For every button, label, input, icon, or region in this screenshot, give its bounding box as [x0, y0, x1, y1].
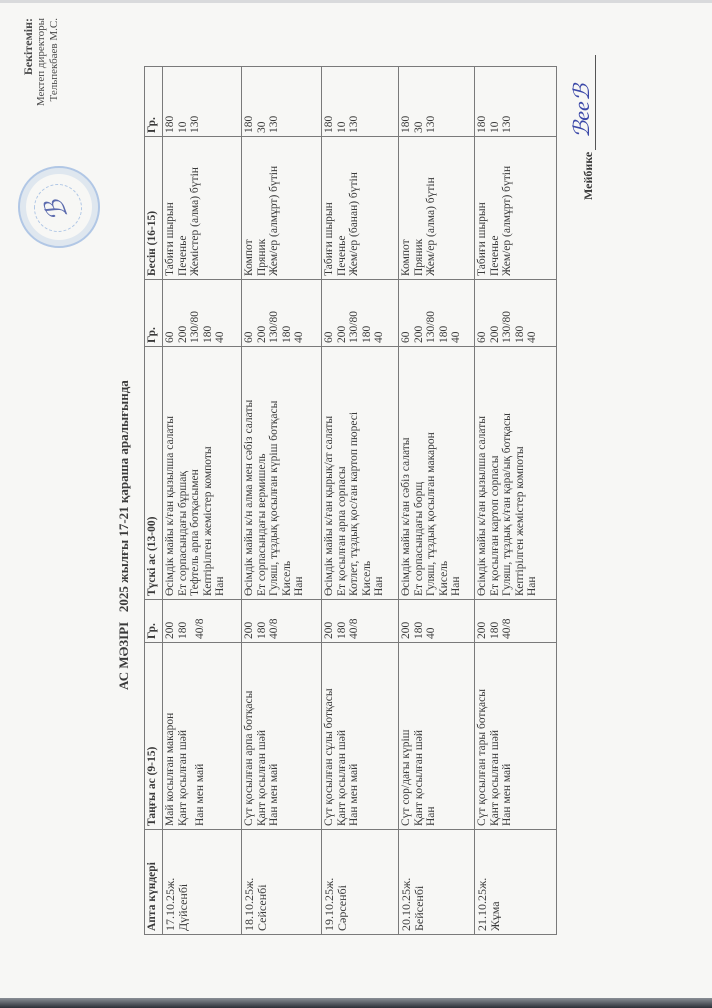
snack-grams-cell-item: 10: [177, 70, 190, 133]
approval-block: Бекітемін: Мектеп директоры Тельпекбаев …: [22, 18, 61, 128]
lunch-cell-item: Нан: [450, 350, 463, 596]
breakfast-cell-item: Қант қосылған шәй: [413, 646, 426, 826]
breakfast-grams-cell-item: 200: [476, 603, 489, 639]
lunch-cell-item: Өсімдік майы к/ған сәбіз салаты: [400, 350, 413, 596]
breakfast-cell-item: Нан: [425, 646, 438, 826]
snack-cell: КомпотПряникЖем/ер (алма) бүтін: [399, 137, 475, 280]
page-title: АС МӘЗІРІ 2025 жылғы 17-21 қараша аралығ…: [116, 290, 132, 690]
breakfast-grams-cell-item: 200: [400, 603, 413, 639]
lunch-cell-item: Нан: [214, 350, 227, 596]
lunch-cell-item: Кептірілген жемістер компоты: [202, 350, 215, 596]
snack-cell: КомпотПряникЖем/ер (алмұрт) бүтін: [242, 137, 322, 280]
header-snack: Бесін (16-15): [145, 137, 163, 280]
snack-cell-item: Жемістер (алма) бүтін: [189, 140, 202, 276]
breakfast-grams-cell-item: 40: [425, 603, 438, 639]
day-name: Сәрсенбі: [336, 833, 349, 931]
lunch-cell: Өсімдік майы к/ған сәбіз салатыЕт сорпас…: [399, 347, 475, 600]
lunch-cell-item: Ет сорпасындағы борщ: [413, 350, 426, 596]
lunch-grams-cell-item: 130/80: [425, 283, 438, 343]
weekday-cell: 18.10.25ж.Сейсенбі: [242, 830, 322, 935]
snack-grams-cell-item: 180: [323, 70, 336, 133]
lunch-grams-cell: 60200130/8018040: [399, 280, 475, 347]
lunch-grams-cell-item: 180: [281, 283, 294, 343]
snack-cell-item: Печенье: [489, 140, 502, 276]
lunch-cell-item: Гуляш, тұздық қосылған күріш ботқасы: [268, 350, 281, 596]
breakfast-grams-cell: 20018040/8: [475, 600, 557, 643]
snack-cell-item: Жем/ер (банан) бүтін: [348, 140, 361, 276]
snack-grams-cell-item: 180: [164, 70, 177, 133]
snack-grams-cell-item: 180: [476, 70, 489, 133]
table-row: 17.10.25ж.ДүйсенбіМай косылған макаронҚа…: [163, 67, 242, 935]
lunch-grams-cell-item: 180: [202, 283, 215, 343]
table-row: 21.10.25ж.ЖұмаСүт қосылған тары ботқасыҚ…: [475, 67, 557, 935]
day-name: Жұма: [489, 833, 502, 931]
approval-name: Тельпекбаев М.С.: [48, 18, 61, 128]
nurse-signature: ℬeeℬ: [569, 84, 595, 138]
lunch-grams-cell-item: 130/80: [501, 283, 514, 343]
nurse-label: Мейбике: [581, 152, 596, 200]
table-row: 20.10.25ж.БейсенбіСүт сор/дағы күрішҚант…: [399, 67, 475, 935]
lunch-grams-cell-item: 40: [450, 283, 463, 343]
snack-grams-cell-item: 10: [336, 70, 349, 133]
lunch-grams-cell-item: 40: [293, 283, 306, 343]
snack-grams-cell: 18010130: [163, 67, 242, 137]
day-name: Бейсенбі: [413, 833, 426, 931]
breakfast-grams-cell: 20018040/8: [322, 600, 399, 643]
lunch-grams-cell-item: 200: [177, 283, 190, 343]
lunch-grams-cell: 60200130/8018040: [242, 280, 322, 347]
breakfast-grams-cell: 20018040: [399, 600, 475, 643]
snack-cell-item: Табиғи шырын: [164, 140, 177, 276]
lunch-cell-item: Кисель: [438, 350, 451, 596]
breakfast-grams-cell-item: 40/8: [268, 603, 281, 639]
lunch-grams-cell-item: 60: [476, 283, 489, 343]
breakfast-grams-cell-item: 180: [256, 603, 269, 639]
lunch-cell-item: Ет сорпасындағы бұршақ: [177, 350, 190, 596]
breakfast-grams-cell-item: 200: [243, 603, 256, 639]
weekday-cell: 17.10.25ж.Дүйсенбі: [163, 830, 242, 935]
menu-document-page: Бекітемін: Мектеп директоры Тельпекбаев …: [0, 0, 712, 1008]
day-date: 17.10.25ж.: [164, 833, 177, 931]
snack-cell-item: Жем/ер (алма) бүтін: [425, 140, 438, 276]
snack-grams-cell: 18030130: [242, 67, 322, 137]
breakfast-grams-cell-item: 180: [336, 603, 349, 639]
lunch-cell: Өсімдік майы к/ған қырық/ат салатыЕт қос…: [322, 347, 399, 600]
approval-heading: Бекітемін:: [22, 18, 35, 128]
breakfast-cell-item: Қант қосылған шәй: [489, 646, 502, 826]
snack-grams-cell: 18010130: [322, 67, 399, 137]
snack-grams-cell-item: 130: [189, 70, 202, 133]
breakfast-cell-item: Май косылған макарон: [164, 646, 177, 826]
breakfast-cell-item: Сүт қосылған тары ботқасы: [476, 646, 489, 826]
snack-grams-cell-item: 30: [256, 70, 269, 133]
lunch-grams-cell-item: 180: [438, 283, 451, 343]
lunch-grams-cell-item: 200: [336, 283, 349, 343]
breakfast-grams-cell-item: 180: [489, 603, 502, 639]
snack-grams-cell-item: 130: [425, 70, 438, 133]
scanner-edge-bar: [0, 998, 712, 1008]
breakfast-cell-item: Қант қосылған шәй: [336, 646, 349, 826]
breakfast-grams-cell-item: 200: [323, 603, 336, 639]
lunch-cell-item: Ет сорпасындағы вермишель: [256, 350, 269, 596]
header-lunch-grams: Гр.: [145, 280, 163, 347]
header-snack-grams: Гр.: [145, 67, 163, 137]
approval-position: Мектеп директоры: [35, 18, 48, 128]
breakfast-cell-item: Нан мен май: [501, 646, 514, 826]
breakfast-cell-item: Сүт сор/дағы күріш: [400, 646, 413, 826]
weekly-menu-table: Апта күндері Таңғы ас (9-15) Гр. Түскі а…: [144, 66, 557, 935]
snack-grams-cell-item: 130: [348, 70, 361, 133]
lunch-grams-cell: 60200130/8018040: [475, 280, 557, 347]
snack-cell-item: Пряник: [413, 140, 426, 276]
lunch-cell-item: Тефтель арпа ботқасымен: [189, 350, 202, 596]
snack-grams-cell: 18010130: [475, 67, 557, 137]
breakfast-grams-cell: 20018040/8: [242, 600, 322, 643]
breakfast-grams-cell-item: 180: [413, 603, 426, 639]
signature-line: [595, 55, 596, 150]
lunch-grams-cell: 60200130/8018040: [322, 280, 399, 347]
snack-cell-item: Табиғи шырын: [323, 140, 336, 276]
snack-grams-cell-item: 10: [489, 70, 502, 133]
lunch-grams-cell-item: 40: [373, 283, 386, 343]
lunch-cell-item: Нан: [373, 350, 386, 596]
breakfast-grams-cell: 20018040/8: [163, 600, 242, 643]
official-stamp-icon: ℬ: [18, 166, 100, 248]
lunch-cell-item: Өсімдік майы к/ған қызылша салаты: [164, 350, 177, 596]
table-row: 19.10.25ж.СәрсенбіСүт қосылған сұлы ботқ…: [322, 67, 399, 935]
snack-cell-item: Жем/ер (алмұрт) бүтін: [268, 140, 281, 276]
snack-cell-item: Пряник: [256, 140, 269, 276]
lunch-grams-cell-item: 200: [489, 283, 502, 343]
lunch-cell-item: Гуляш, тұздық қосылған макарон: [425, 350, 438, 596]
snack-cell-item: Жем/ер (алмұрт) бүтін: [501, 140, 514, 276]
lunch-cell-item: Өсімдік майы к/н алма мен сәбіз салаты: [243, 350, 256, 596]
table-header-row: Апта күндері Таңғы ас (9-15) Гр. Түскі а…: [145, 67, 163, 935]
lunch-grams-cell-item: 130/80: [348, 283, 361, 343]
snack-grams-cell-item: 180: [400, 70, 413, 133]
breakfast-cell: Сүт сор/дағы күрішҚант қосылған шәйНан: [399, 643, 475, 830]
lunch-grams-cell-item: 40: [526, 283, 539, 343]
breakfast-cell: Сүт қосылған арпа ботқасыҚант қосылған ш…: [242, 643, 322, 830]
lunch-grams-cell-item: 180: [514, 283, 527, 343]
lunch-grams-cell-item: 200: [256, 283, 269, 343]
day-date: 21.10.25ж.: [476, 833, 489, 931]
header-breakfast-grams: Гр.: [145, 600, 163, 643]
breakfast-cell-item: Нан мен май: [348, 646, 361, 826]
nurse-signature-block: Мейбике ℬeeℬ: [575, 50, 599, 200]
header-breakfast: Таңғы ас (9-15): [145, 643, 163, 830]
lunch-cell-item: Ет қосылған картоп сорпасы: [489, 350, 502, 596]
lunch-cell-item: Кисель: [281, 350, 294, 596]
lunch-cell-item: Нан: [293, 350, 306, 596]
breakfast-cell: Сүт қосылған сұлы ботқасыҚант қосылған ш…: [322, 643, 399, 830]
weekday-cell: 21.10.25ж.Жұма: [475, 830, 557, 935]
breakfast-grams-cell-item: 40/8: [501, 603, 514, 639]
weekday-cell: 20.10.25ж.Бейсенбі: [399, 830, 475, 935]
snack-grams-cell-item: 180: [243, 70, 256, 133]
breakfast-grams-cell-item: 180: [177, 603, 190, 639]
lunch-grams-cell: 60200130/8018040: [163, 280, 242, 347]
header-weekday: Апта күндері: [145, 830, 163, 935]
breakfast-grams-cell-item: 200: [164, 603, 177, 639]
lunch-cell: Өсімдік майы к/ған қызылша салатыЕт сорп…: [163, 347, 242, 600]
lunch-grams-cell-item: 130/80: [189, 283, 202, 343]
breakfast-cell-item: Қант қосылған шәй: [177, 646, 190, 826]
lunch-cell-item: Ет қосылған арпа сорпасы: [336, 350, 349, 596]
breakfast-cell-item: Нан мен май: [194, 646, 207, 826]
breakfast-grams-cell-item: 40/8: [348, 603, 361, 639]
breakfast-grams-cell-item: 40/8: [194, 603, 207, 639]
lunch-cell-item: Кептірілген жемістер компоты: [514, 350, 527, 596]
day-date: 18.10.25ж.: [243, 833, 256, 931]
lunch-cell-item: Өсімдік майы к/ған қырық/ат салаты: [323, 350, 336, 596]
lunch-cell-item: Өсімдік майы к/ған қызылша салаты: [476, 350, 489, 596]
lunch-cell: Өсімдік майы к/н алма мен сәбіз салатыЕт…: [242, 347, 322, 600]
lunch-cell-item: Гуляш, тұздық к/ған қара/ық ботқасы: [501, 350, 514, 596]
lunch-grams-cell-item: 60: [243, 283, 256, 343]
snack-cell-item: Компот: [243, 140, 256, 276]
header-lunch: Түскі ас (13-00): [145, 347, 163, 600]
breakfast-cell-item: Қант қосылған шәй: [256, 646, 269, 826]
table-row: 18.10.25ж.СейсенбіСүт қосылған арпа ботқ…: [242, 67, 322, 935]
breakfast-cell: Май косылған макаронҚант қосылған шәйНан…: [163, 643, 242, 830]
snack-grams-cell: 18030130: [399, 67, 475, 137]
snack-grams-cell-item: 130: [268, 70, 281, 133]
snack-cell: Табиғи шырынПеченьеЖем/ер (алмұрт) бүтін: [475, 137, 557, 280]
breakfast-cell: Сүт қосылған тары ботқасыҚант қосылған ш…: [475, 643, 557, 830]
snack-grams-cell-item: 30: [413, 70, 426, 133]
day-date: 19.10.25ж.: [323, 833, 336, 931]
breakfast-cell-item: Сүт қосылған сұлы ботқасы: [323, 646, 336, 826]
lunch-grams-cell-item: 200: [413, 283, 426, 343]
day-date: 20.10.25ж.: [400, 833, 413, 931]
snack-cell-item: Табиғи шырын: [476, 140, 489, 276]
snack-cell: Табиғи шырынПеченьеЖем/ер (банан) бүтін: [322, 137, 399, 280]
lunch-cell: Өсімдік майы к/ған қызылша салатыЕт қосы…: [475, 347, 557, 600]
snack-cell-item: Компот: [400, 140, 413, 276]
snack-cell: Табиғи шырынПеченьеЖемістер (алма) бүтін: [163, 137, 242, 280]
lunch-cell-item: Нан: [526, 350, 539, 596]
lunch-grams-cell-item: 130/80: [268, 283, 281, 343]
lunch-grams-cell-item: 60: [400, 283, 413, 343]
lunch-grams-cell-item: 60: [164, 283, 177, 343]
lunch-cell-item: Кисель: [361, 350, 374, 596]
day-name: Дүйсенбі: [177, 833, 190, 931]
breakfast-cell-item: Сүт қосылған арпа ботқасы: [243, 646, 256, 826]
snack-cell-item: Печенье: [177, 140, 190, 276]
breakfast-cell-item: Нан мен май: [268, 646, 281, 826]
lunch-cell-item: Котлет, тұздық қос/ған картоп пюресі: [348, 350, 361, 596]
lunch-grams-cell-item: 40: [214, 283, 227, 343]
lunch-grams-cell-item: 180: [361, 283, 374, 343]
weekday-cell: 19.10.25ж.Сәрсенбі: [322, 830, 399, 935]
snack-cell-item: Печенье: [336, 140, 349, 276]
lunch-grams-cell-item: 60: [323, 283, 336, 343]
snack-grams-cell-item: 130: [501, 70, 514, 133]
day-name: Сейсенбі: [256, 833, 269, 931]
